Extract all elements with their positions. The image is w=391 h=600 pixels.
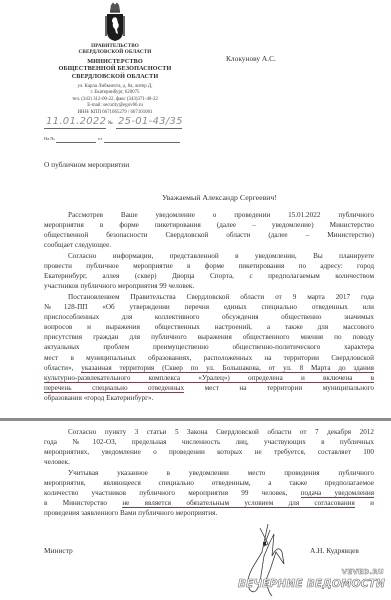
government-line: СВЕРДЛОВСКОЙ ОБЛАСТИ	[40, 49, 190, 55]
handwritten-number: 25-01-43/35	[118, 116, 183, 127]
plain-text: области»,	[44, 364, 73, 372]
text-line: актуальных проблем преимущественно общес…	[44, 342, 374, 352]
paragraph-5: Учитывая указанное в уведомлении место п…	[44, 468, 374, 518]
text-line: вопросов и выражения общественных настро…	[44, 322, 374, 332]
text-line: образования «город Екатеринбург».	[44, 393, 374, 403]
signer-title: Министр	[44, 546, 73, 555]
text-line: Постановлением Правительства Свердловско…	[44, 292, 374, 302]
text-line: общественной безопасности Свердловской о…	[44, 230, 374, 240]
plain-text: количество участников публичного меропри…	[44, 489, 287, 497]
underlined-text: не является обязательным условием для со…	[122, 499, 355, 508]
number-label: №	[108, 121, 113, 126]
recipient: Клокунову А.С.	[226, 54, 276, 63]
underlined-text: культурно-развлекательного комплекса «Ур…	[44, 374, 374, 383]
reply-reference-row: На № от	[44, 136, 204, 141]
text-line: перечень специально отведенных мест на т…	[44, 383, 374, 393]
from-label: от	[98, 136, 102, 141]
ministry-line: ОБЩЕСТВЕННОЙ БЕЗОПАСНОСТИ	[30, 65, 200, 72]
page-fold-separator	[0, 418, 391, 421]
text-line: присутствия граждан для публичного выраж…	[44, 332, 374, 342]
text-line: Учитывая указанное в уведомлении место п…	[44, 468, 374, 478]
text-line: приспособленных для коллективного обсужд…	[44, 312, 374, 322]
text-line: мероприятиях, уведомление о проведении к…	[44, 447, 374, 457]
text-line: Рассмотрев Ваше уведомление о проведении…	[44, 210, 374, 220]
text-line: участников публичного мероприятия 99 чел…	[44, 281, 374, 291]
paragraph-3: Постановлением Правительства Свердловско…	[44, 292, 374, 403]
handwritten-date: 11.01.2022	[46, 116, 106, 127]
reply-number-line	[56, 142, 96, 143]
text-line: области», указанная территория (Сквер по…	[44, 363, 374, 373]
watermark-logo: ВЕЧЕРНИЕ ВЕДОМОСТИ	[238, 578, 385, 590]
underlined-text: перечень специально отведенных	[44, 384, 184, 393]
text-line: количество участников публичного меропри…	[44, 488, 374, 498]
paragraph-2: Согласно информации, представленной в ув…	[44, 251, 374, 291]
signer-name: А.Н. Кудрявцев	[310, 546, 359, 555]
text-line: мероприятия в форме пикетирования (далее…	[44, 220, 374, 230]
text-line: Екатеринбург, аллея (сквер) Дворца Спорт…	[44, 271, 374, 281]
text-line: Согласно информации, представленной в ув…	[44, 251, 374, 261]
text-line: проведения заявленного Вами публичного м…	[44, 508, 374, 518]
paragraph-4: Согласно пункту 3 статьи 5 Закона Свердл…	[44, 427, 374, 467]
number-underline	[116, 128, 182, 129]
plain-text: в Министерство	[44, 499, 107, 507]
text-line: в Министерство не является обязательным …	[44, 498, 374, 508]
ministry-name: МИНИСТЕРСТВО ОБЩЕСТВЕННОЙ БЕЗОПАСНОСТИ С…	[30, 58, 200, 80]
date-underline	[44, 128, 106, 129]
text-line: человек.	[44, 457, 374, 467]
reply-date-line	[104, 142, 180, 143]
text-line: №128-ПП «Об утверждении перечня единых с…	[44, 302, 374, 312]
ministry-contact-details: ул. Карла Либкнехта, д. 8а, литер Д, г. …	[30, 84, 200, 116]
letter-subject: О публичном мероприятии	[44, 160, 129, 169]
text-line: Согласно пункту 3 статьи 5 Закона Свердл…	[44, 427, 374, 437]
government-name: ПРАВИТЕЛЬСТВО СВЕРДЛОВСКОЙ ОБЛАСТИ	[40, 43, 190, 56]
text-line: культурно-развлекательного комплекса «Ур…	[44, 373, 374, 383]
text-line: провести публичное мероприятие в форме п…	[44, 261, 374, 271]
reply-to-label: На №	[44, 136, 55, 141]
ministry-line: СВЕРДЛОВСКОЙ ОБЛАСТИ	[30, 73, 200, 80]
registration-row: 11.01.2022 № 25-01-43/35	[44, 118, 204, 130]
paragraph-1: Рассмотрев Ваше уведомление о проведении…	[44, 210, 374, 250]
plain-text: и	[370, 499, 374, 507]
salutation: Уважаемый Александр Сергеевич!	[0, 193, 391, 202]
text-line: года №102-ОЗ, предельная численность лиц…	[44, 437, 374, 447]
watermark-url: VEVED.RU	[342, 568, 384, 576]
text-line: мероприятия, являющееся специально отвед…	[44, 478, 374, 488]
plain-text: мест на территории муниципального	[205, 384, 374, 392]
text-line: сообщает следующее.	[44, 240, 374, 250]
text-line: мест в муниципальных образованиях, распо…	[44, 353, 374, 363]
sverdlovsk-coat-of-arms-icon	[104, 2, 126, 42]
underlined-text: указанная территория (Сквер по ул. Больш…	[81, 364, 374, 373]
underlined-text: подача уведомления	[301, 489, 374, 498]
